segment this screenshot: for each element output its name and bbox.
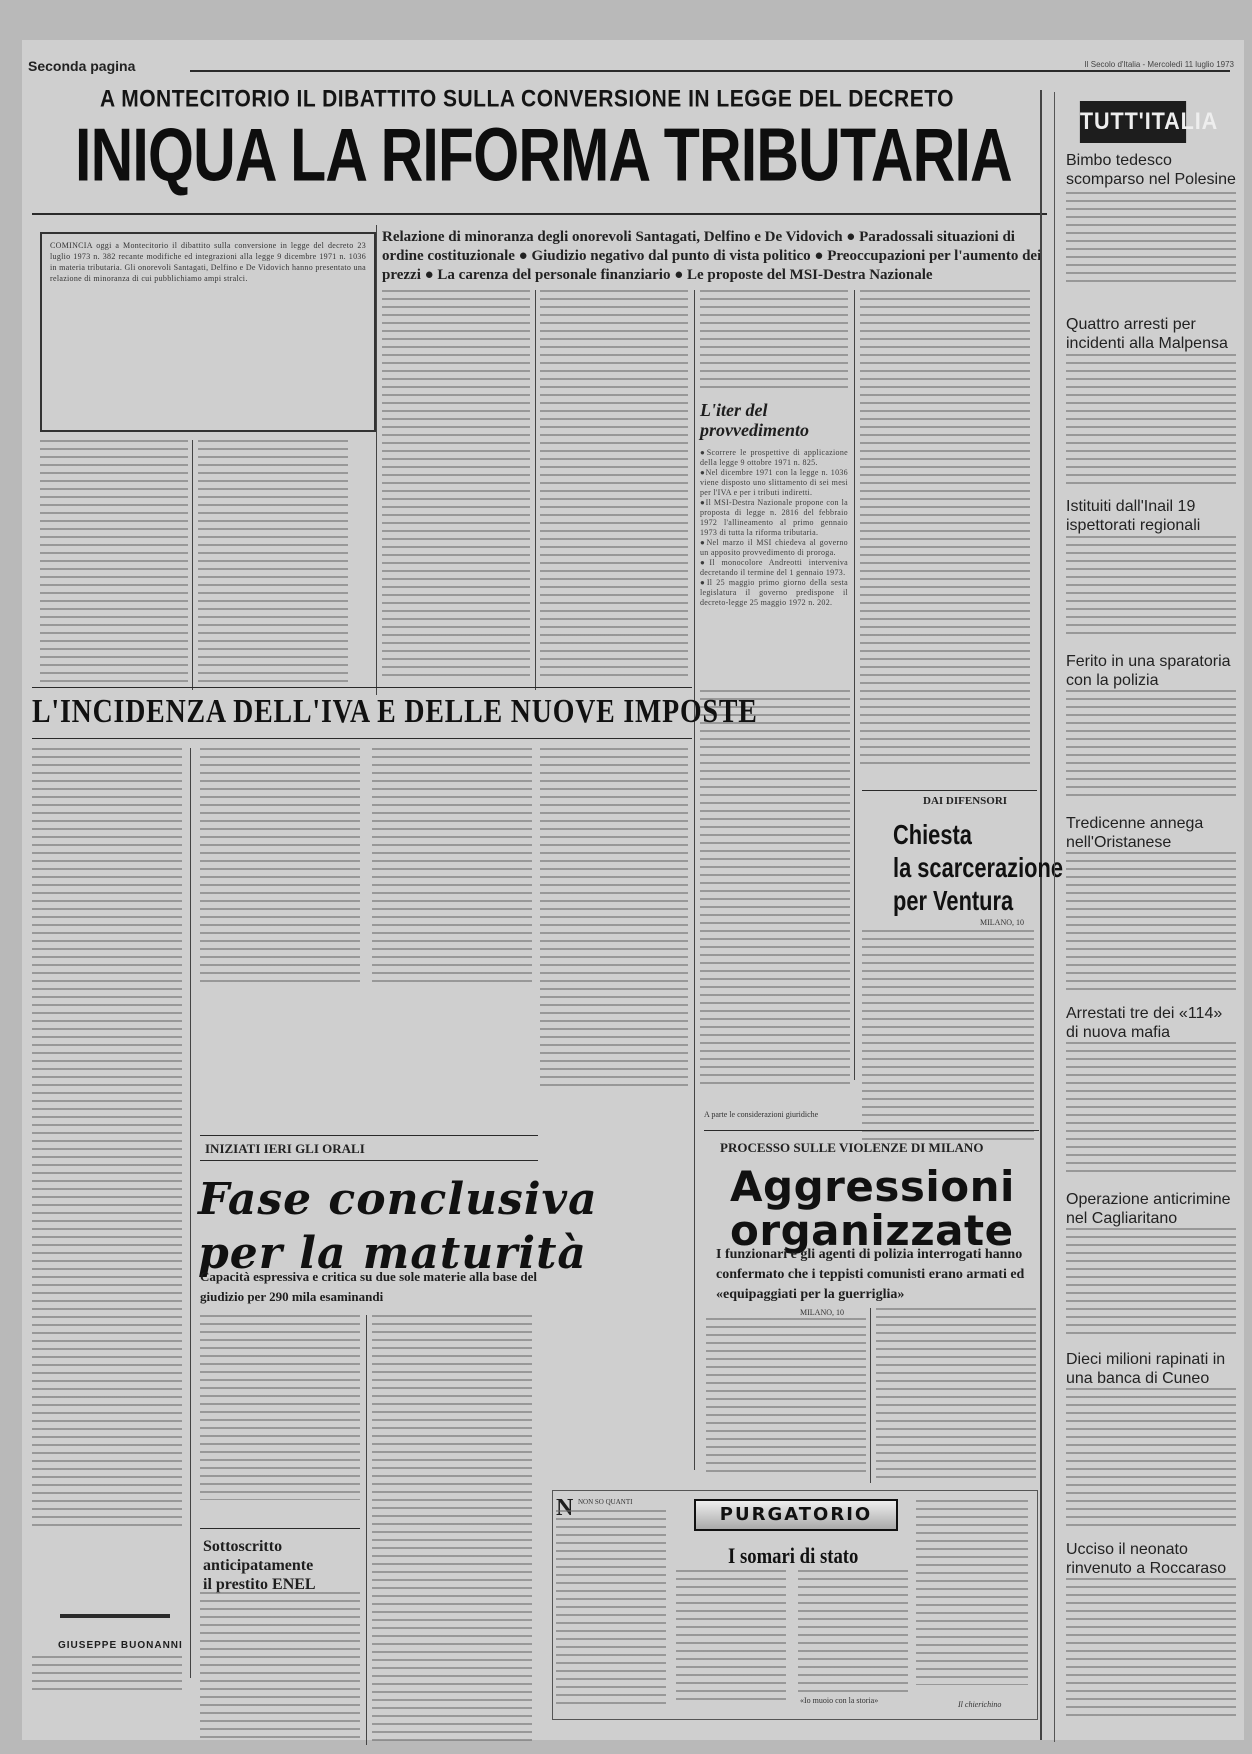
iva-col3 xyxy=(372,748,532,988)
enel-headline: Sottoscritto anticipatamente il prestito… xyxy=(203,1537,316,1594)
iter-points: Scorrere le prospettive di applicazione … xyxy=(700,448,848,682)
brief-headline: Ucciso il neonato rinvenuto a Roccaraso xyxy=(1066,1540,1236,1578)
purgatorio-col3 xyxy=(798,1570,908,1695)
lead-headline: INIQUA LA RIFORMA TRIBUTARIA xyxy=(75,112,1012,198)
purgatorio-headline: I somari di stato xyxy=(728,1543,858,1569)
lead-body-col1 xyxy=(40,440,188,682)
purgatorio-col2 xyxy=(676,1570,786,1700)
brief-headline: Quattro arresti per incidenti alla Malpe… xyxy=(1066,315,1236,353)
iva-headline: L'INCIDENZA DELL'IVA E DELLE NUOVE IMPOS… xyxy=(32,693,758,731)
ventura-body xyxy=(862,930,1034,1140)
iva-col4 xyxy=(540,748,688,1088)
brief-headline: Istituiti dall'Inail 19 ispettorati regi… xyxy=(1066,497,1236,535)
masthead-rule xyxy=(190,70,1230,72)
brief-headline: Operazione anticrimine nel Cagliaritano xyxy=(1066,1190,1236,1228)
milano-col2 xyxy=(876,1308,1036,1478)
milano-deck: I funzionari e gli agenti di polizia int… xyxy=(716,1245,1046,1305)
purgatorio-col1 xyxy=(556,1510,666,1710)
lead-body-col2 xyxy=(198,440,348,682)
brief-headline: Ferito in una sparatoria con la polizia xyxy=(1066,652,1236,690)
lead-body-col3 xyxy=(382,290,530,682)
enel-body xyxy=(200,1592,360,1742)
iva-col1 xyxy=(32,748,182,1528)
lead-body-col4 xyxy=(540,290,688,682)
brief-headline: Arrestati tre dei «114» di nuova mafia xyxy=(1066,1004,1236,1042)
maturita-kicker: INIZIATI IERI GLI ORALI xyxy=(205,1141,365,1157)
purgatorio-closing: «Io muoio con la storia» xyxy=(800,1696,878,1705)
lead-body-col7 xyxy=(700,690,850,1090)
brief-headline: Dieci milioni rapinati in una banca di C… xyxy=(1066,1350,1236,1388)
section-label: Seconda pagina xyxy=(28,58,135,74)
lead-intro-box: COMINCIA oggi a Montecitorio il dibattit… xyxy=(40,232,376,432)
lead-deck: Relazione di minoranza degli onorevoli S… xyxy=(382,228,1042,285)
lead-body-col5 xyxy=(700,290,848,390)
milano-col1 xyxy=(706,1318,866,1478)
masthead-meta: Il Secolo d'Italia - Mercoledì 11 luglio… xyxy=(1085,60,1234,69)
purgatorio-signature: Il chierichino xyxy=(958,1700,1001,1709)
brief-headline: Bimbo tedesco scomparso nel Polesine xyxy=(1066,151,1236,189)
milano-dateline: MILANO, 10 xyxy=(800,1308,844,1317)
maturita-col1 xyxy=(200,1315,360,1500)
ventura-dateline: MILANO, 10 xyxy=(980,918,1024,927)
iva-col2 xyxy=(200,748,360,988)
maturita-deck: Capacità espressiva e critica su due sol… xyxy=(200,1267,540,1307)
purgatorio-lead: NON SO QUANTI xyxy=(578,1498,632,1506)
ventura-headline: Chiesta la scarcerazione per Ventura xyxy=(893,818,1063,917)
lead-rule xyxy=(32,213,1047,215)
lead-intro: COMINCIA oggi a Montecitorio il dibattit… xyxy=(50,240,366,424)
iva-closing: A parte le considerazioni giuridiche xyxy=(704,1110,818,1119)
milano-headline: Aggressioni organizzate xyxy=(730,1165,1015,1253)
lead-body-col6 xyxy=(860,290,1030,770)
tutt-italia-logo: TUTT'ITALIA xyxy=(1080,101,1186,143)
brief-headline: Tredicenne annega nell'Oristanese xyxy=(1066,814,1236,852)
purgatorio-logo: PURGATORIO xyxy=(694,1499,898,1531)
author-name: GIUSEPPE BUONANNI xyxy=(58,1640,183,1651)
purgatorio-col4 xyxy=(916,1500,1028,1685)
iter-subhead: L'iter del provvedimento xyxy=(700,400,850,440)
maturita-headline: Fase conclusiva per la maturità xyxy=(198,1173,598,1281)
ventura-kicker: DAI DIFENSORI xyxy=(923,795,1007,807)
lead-kicker: A MONTECITORIO IL DIBATTITO SULLA CONVER… xyxy=(100,86,954,114)
milano-kicker: PROCESSO SULLE VIOLENZE DI MILANO xyxy=(720,1140,983,1156)
maturita-col2 xyxy=(372,1315,532,1745)
